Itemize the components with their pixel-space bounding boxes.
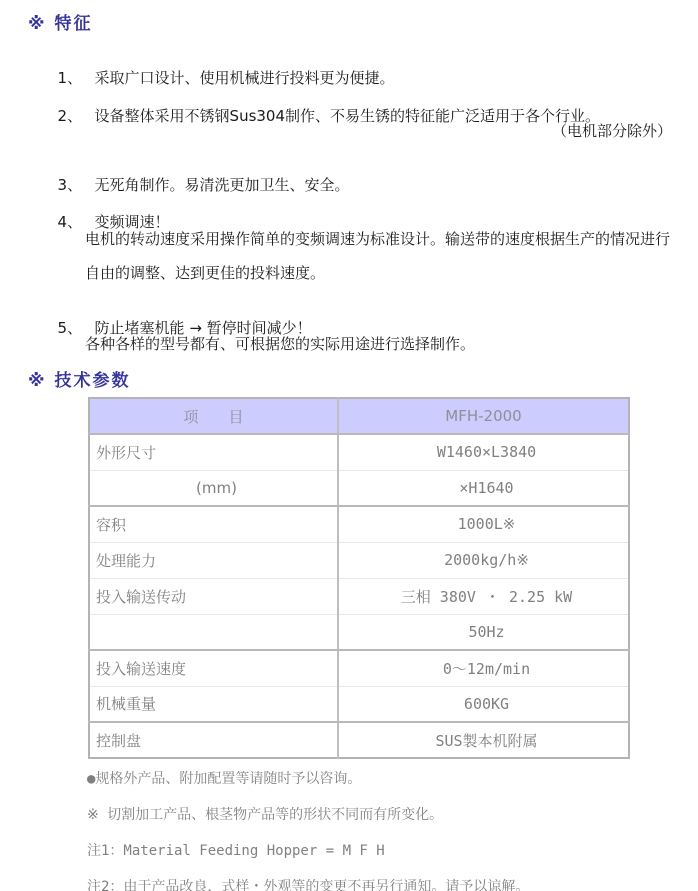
footer-note: ●规格外产品、附加配置等请随时予以咨询。 <box>87 768 361 788</box>
specs-section-title: ※ 技术参数 <box>28 366 130 391</box>
spec-row: 投入输送传动 三相 380V ・ 2.25 kW <box>89 578 629 614</box>
footer-note: 注2：由于产品改良，式样・外观等的变更不再另行通知。请予以谅解。 <box>87 876 529 891</box>
spec-row: 外形尺寸 W1460×L3840 <box>89 434 629 470</box>
spec-label: 投入输送传动 <box>89 578 338 614</box>
spec-label: 处理能力 <box>89 542 338 578</box>
spec-value: ×H1640 <box>338 470 629 506</box>
feature-paragraph-line: 自由的调整、达到更佳的投料速度。 <box>85 262 325 283</box>
spec-value: 2000kg/h※ <box>338 542 629 578</box>
specs-header-item: 项 目 <box>89 398 338 434</box>
feature-item-text: 设备整体采用不锈钢Sus304制作、不易生锈的特征能广泛适用于各个行业。 <box>95 107 600 125</box>
spec-row: 机械重量 600KG <box>89 686 629 722</box>
footer-note: 注1：Material Feeding Hopper = M F H <box>87 840 385 860</box>
feature-item: 1、采取广口设计、使用机械进行投料更为便捷。 <box>48 49 395 88</box>
spec-label: 控制盘 <box>89 722 338 758</box>
spec-label <box>89 614 338 650</box>
spec-label: 机械重量 <box>89 686 338 722</box>
specs-header-row: 项 目 MFH-2000 <box>89 398 629 434</box>
feature-item-number: 1、 <box>58 67 95 88</box>
spec-value: 50Hz <box>338 614 629 650</box>
feature-item-number: 2、 <box>58 105 95 126</box>
spec-value: 0～12m/min <box>338 650 629 686</box>
feature-item-number: 3、 <box>58 174 95 195</box>
feature-paragraph-line: 各种各样的型号都有、可根据您的实际用途进行选择制作。 <box>85 333 475 354</box>
spec-value: 600KG <box>338 686 629 722</box>
spec-sheet-page: { "features": { "title": "※ 特征", "items"… <box>0 0 698 891</box>
feature-item: 3、无死角制作。易清洗更加卫生、安全。 <box>48 156 350 195</box>
spec-value: 三相 380V ・ 2.25 kW <box>338 578 629 614</box>
spec-row: 投入输送速度 0～12m/min <box>89 650 629 686</box>
spec-label: 容积 <box>89 506 338 542</box>
spec-row: 容积 1000L※ <box>89 506 629 542</box>
feature-item-text: 采取广口设计、使用机械进行投料更为便捷。 <box>95 69 395 87</box>
spec-value: 1000L※ <box>338 506 629 542</box>
feature-item: 4、变频调速！ <box>48 193 170 232</box>
spec-label: (mm) <box>89 470 338 506</box>
feature-paragraph-line: 电机的转动速度采用操作简单的变频调速为标准设计。输送带的速度根据生产的情况进行 <box>85 228 670 249</box>
spec-value: SUS製本机附属 <box>338 722 629 758</box>
spec-row: 处理能力 2000kg/h※ <box>89 542 629 578</box>
spec-label: 外形尺寸 <box>89 434 338 470</box>
feature-item: 2、设备整体采用不锈钢Sus304制作、不易生锈的特征能广泛适用于各个行业。 <box>48 87 600 126</box>
specs-header-model: MFH-2000 <box>338 398 629 434</box>
spec-row: (mm) ×H1640 <box>89 470 629 506</box>
spec-label: 投入输送速度 <box>89 650 338 686</box>
spec-value: W1460×L3840 <box>338 434 629 470</box>
footer-note: ※ 切割加工产品、根茎物产品等的形状不同而有所变化。 <box>87 804 443 824</box>
features-section-title: ※ 特征 <box>28 9 92 34</box>
spec-row: 50Hz <box>89 614 629 650</box>
specs-table: 项 目 MFH-2000 外形尺寸 W1460×L3840 (mm) ×H164… <box>88 397 630 759</box>
motor-exception-note: （电机部分除外） <box>552 120 672 141</box>
feature-item-text: 无死角制作。易清洗更加卫生、安全。 <box>95 176 350 194</box>
spec-row: 控制盘 SUS製本机附属 <box>89 722 629 758</box>
